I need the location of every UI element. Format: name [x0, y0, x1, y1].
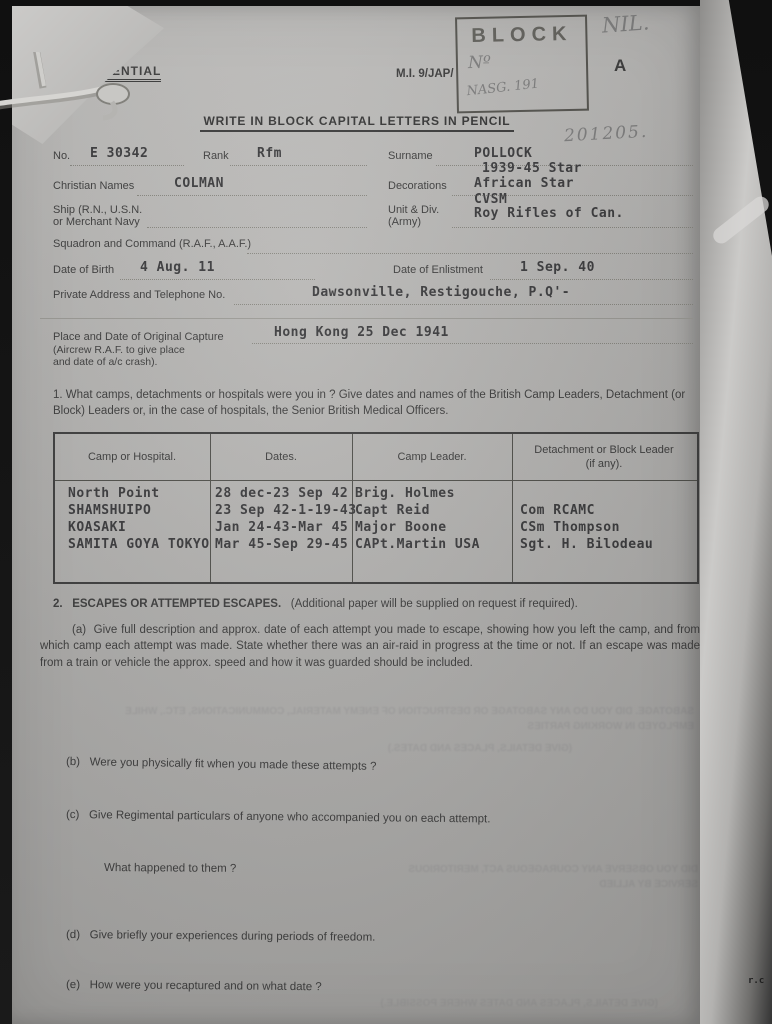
stamp-no-label: Nº [468, 53, 491, 73]
question-2c-text: Give Regimental particulars of anyone wh… [89, 809, 491, 825]
question-2e-text: How were you recaptured and on what date… [90, 979, 322, 993]
form-reference: M.I. 9/JAP/ [396, 68, 454, 80]
field-enlistment-value: 1 Sep. 40 [520, 260, 595, 275]
field-no-line [70, 164, 184, 166]
row-camp: SHAMSHUIPO [68, 503, 151, 518]
table-header-leader: Camp Leader. [357, 450, 507, 464]
table-header-camp: Camp or Hospital. [57, 450, 207, 464]
underlying-page-edge [700, 0, 772, 1024]
bleedthrough-text-3: DID YOU OBSERVE ANY COURAGEOUS ACT, MERI… [378, 862, 698, 892]
section-2-title: ESCAPES OR ATTEMPTED ESCAPES. [72, 598, 281, 610]
field-surname-label: Surname [388, 150, 433, 162]
field-enlistment-line [490, 278, 693, 280]
row-leader: Capt Reid [355, 503, 430, 518]
field-dob-label: Date of Birth [53, 264, 114, 276]
field-address-line [234, 303, 693, 305]
field-christian-names-value: COLMAN [174, 176, 224, 191]
form-instruction-heading: WRITE IN BLOCK CAPITAL LETTERS IN PENCIL [192, 112, 522, 132]
question-2c-followup: What happened to them ? [104, 860, 236, 877]
field-surname-value: POLLOCK [474, 146, 532, 161]
question-2a-label: (a) [72, 624, 86, 636]
row-camp: KOASAKI [68, 520, 126, 535]
stamp-handwritten-number: NASG. 191 [466, 77, 540, 100]
table-header-dates: Dates. [211, 450, 351, 464]
row-camp: North Point [68, 486, 160, 501]
table-header-rule [55, 480, 697, 481]
question-2b: (b) Were you physically fit when you mad… [66, 754, 377, 775]
field-decorations-value-2: African Star [474, 176, 574, 191]
section-letter: A [614, 56, 626, 76]
stamp-word: BLOCK [471, 23, 573, 48]
question-2d-text: Give briefly your experiences during per… [90, 929, 376, 943]
question-1-text: 1. What camps, detachments or hospitals … [53, 387, 701, 420]
question-2c: (c) Give Regimental particulars of anyon… [66, 807, 491, 828]
row-camp: SAMITA GOYA TOKYO [68, 537, 210, 552]
edge-mark: r.c [748, 976, 764, 986]
section-2-note: (Additional paper will be supplied on re… [291, 598, 578, 610]
handwritten-serial: 201205. [564, 122, 649, 146]
row-dates: Mar 45-Sep 29-45 [215, 537, 348, 552]
row-dates: Jan 24-43-Mar 45 [215, 520, 348, 535]
camps-table: Camp or Hospital. Dates. Camp Leader. De… [53, 432, 699, 584]
field-rank-label: Rank [203, 150, 229, 162]
question-2a-text: Give full description and approx. date o… [40, 624, 700, 669]
row-leader: Major Boone [355, 520, 447, 535]
table-vline-3 [512, 434, 513, 582]
field-unit-value: Roy Rifles of Can. [474, 206, 624, 221]
field-enlistment-label: Date of Enlistment [393, 264, 483, 276]
field-unit-label-2: (Army) [388, 216, 421, 228]
field-no-label: No. [53, 150, 70, 162]
field-rank-line [230, 164, 367, 166]
field-capture-line [252, 342, 693, 344]
field-decorations-value-1: 1939-45 Star [482, 161, 582, 176]
table-header-block-leader: Detachment or Block Leader (if any). [529, 443, 679, 472]
nil-annotation: NIL. [601, 10, 650, 37]
question-2d-label: (d) [66, 929, 80, 941]
question-2d: (d) Give briefly your experiences during… [66, 927, 376, 946]
binding-string-icon [0, 52, 190, 142]
question-2e: (e) How were you recaptured and on what … [66, 977, 322, 996]
field-dob-line [120, 278, 315, 280]
field-ship-label-2: or Merchant Navy [53, 216, 140, 228]
bleedthrough-text-4: (GIVE DETAILS, PLACES AND DATES WHERE PO… [248, 996, 658, 1011]
field-squadron-line [247, 252, 693, 254]
field-unit-label-1: Unit & Div. [388, 204, 439, 216]
row-block-leader: Sgt. H. Bilodeau [520, 537, 653, 552]
section-divider-rule [40, 318, 693, 319]
bleedthrough-text-2: (GIVE DETAILS, PLACES AND DATES.) [312, 741, 572, 756]
field-decorations-value-3: CVSM [474, 192, 507, 207]
field-squadron-label: Squadron and Command (R.A.F., A.A.F.) [53, 238, 251, 250]
field-rank-value: Rfm [257, 146, 282, 161]
field-decorations-label: Decorations [388, 180, 447, 192]
form-instruction-text: WRITE IN BLOCK CAPITAL LETTERS IN PENCIL [200, 114, 515, 132]
row-block-leader: CSm Thompson [520, 520, 620, 535]
section-2-heading: 2. ESCAPES OR ATTEMPTED ESCAPES. (Additi… [53, 596, 701, 612]
scanned-document: CONFIDENTIAL M.I. 9/JAP/ BLOCK Nº NASG. … [0, 0, 772, 1024]
field-capture-note-1: (Aircrew R.A.F. to give place [53, 344, 185, 356]
section-2-number: 2. [53, 598, 63, 610]
field-no-value: E 30342 [90, 146, 148, 161]
row-leader: Brig. Holmes [355, 486, 455, 501]
field-ship-label-1: Ship (R.N., U.S.N. [53, 204, 142, 216]
bleedthrough-text-1: SABOTAGE. DID YOU DO ANY SABOTAGE OR DES… [88, 704, 694, 734]
field-unit-line [452, 226, 693, 228]
question-2e-label: (e) [66, 979, 80, 991]
row-dates: 28 dec-23 Sep 42 [215, 486, 348, 501]
field-capture-value: Hong Kong 25 Dec 1941 [274, 325, 449, 340]
field-christian-names-label: Christian Names [53, 180, 134, 192]
field-capture-note-2: and date of a/c crash). [53, 356, 157, 368]
field-address-label: Private Address and Telephone No. [53, 289, 225, 301]
block-number-stamp: BLOCK Nº NASG. 191 [455, 15, 589, 114]
question-2b-text: Were you physically fit when you made th… [90, 756, 377, 773]
field-christian-names-line [137, 194, 367, 196]
field-capture-label: Place and Date of Original Capture [53, 331, 224, 343]
question-2a: (a) Give full description and approx. da… [40, 622, 700, 671]
question-2c-label: (c) [66, 809, 80, 821]
question-2b-label: (b) [66, 756, 80, 768]
row-block-leader: Com RCAMC [520, 503, 595, 518]
field-ship-line [147, 226, 367, 228]
row-leader: CAPt.Martin USA [355, 537, 480, 552]
form-page: CONFIDENTIAL M.I. 9/JAP/ BLOCK Nº NASG. … [12, 6, 702, 1024]
row-dates: 23 Sep 42-1-19-43 [215, 503, 357, 518]
field-dob-value: 4 Aug. 11 [140, 260, 215, 275]
field-address-value: Dawsonville, Restigouche, P.Q'- [312, 285, 570, 300]
